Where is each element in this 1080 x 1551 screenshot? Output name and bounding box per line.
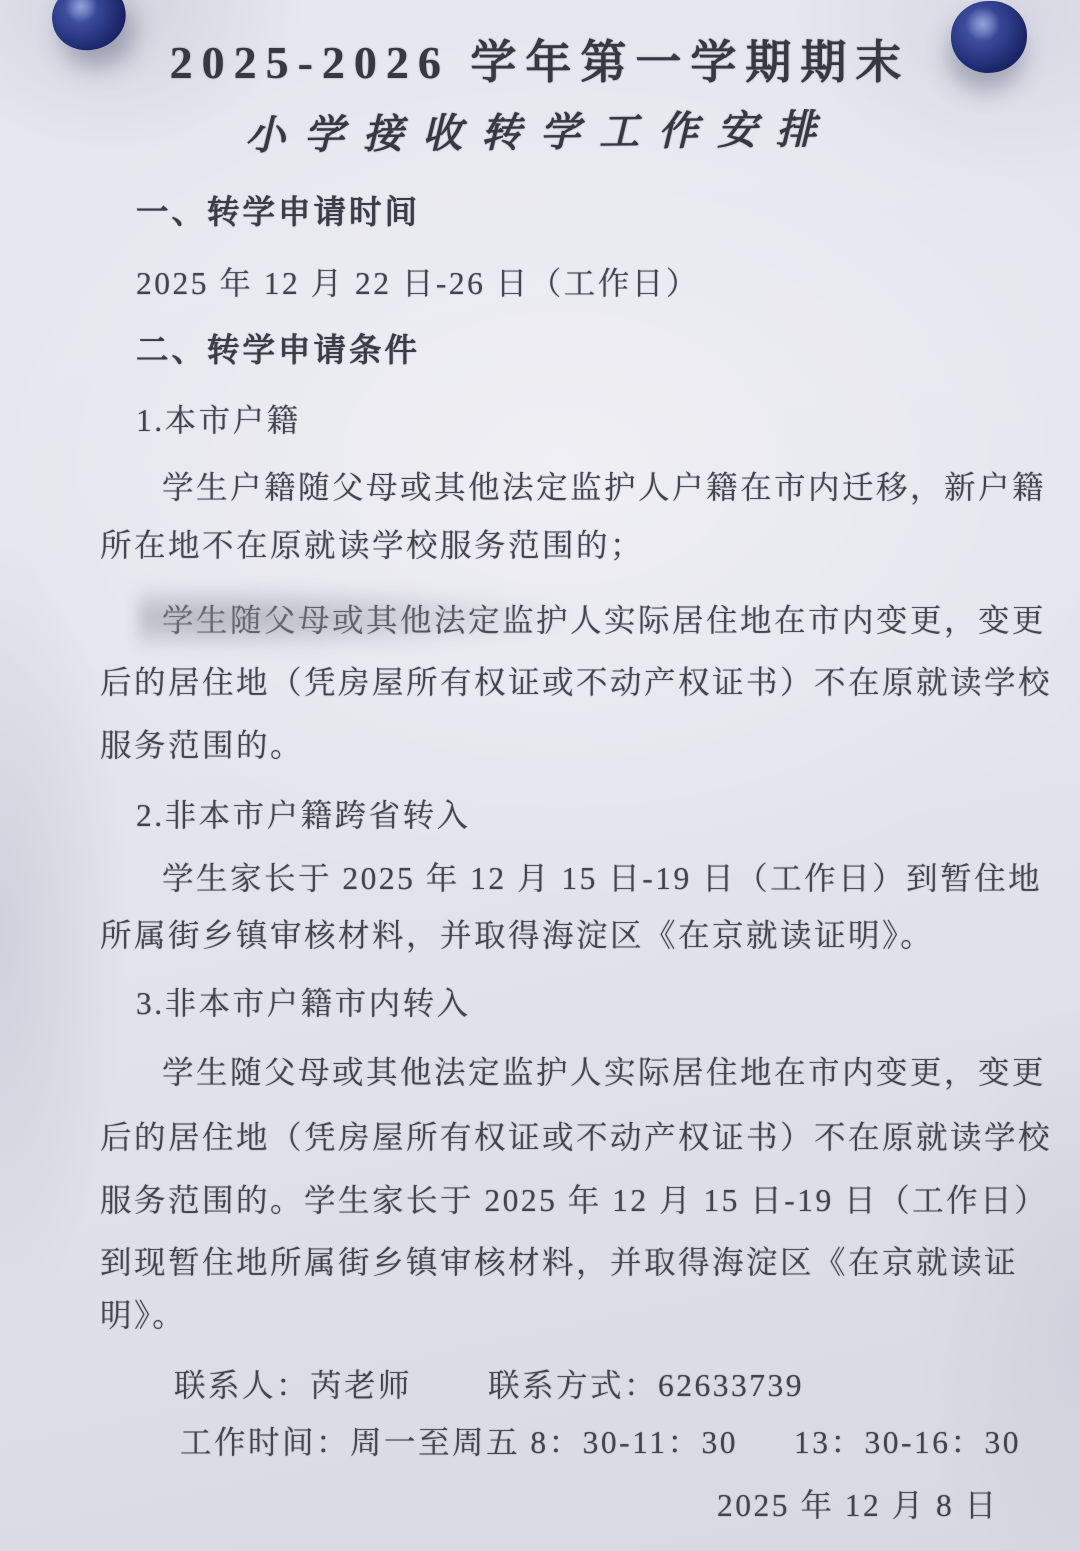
condition-item3-line: 明》。 [100,1284,186,1347]
condition-item1-heading: 1.本市户籍 [136,389,301,452]
condition-item3-line: 到现暂住地所属街乡镇审核材料，并取得海淀区《在京就读证 [100,1231,1018,1294]
condition-item1-line: 学生户籍随父母或其他法定监护人户籍在市内迁移，新户籍 [162,456,1046,519]
condition-item1-line: 后的居住地（凭房屋所有权证或不动产权证书）不在原就读学校 [100,651,1052,714]
work-hours-morning: 工作时间：周一至周五 8：30-11：30 [180,1425,738,1460]
condition-item3-heading: 3.非本市户籍市内转入 [136,972,471,1035]
contact-person: 联系人：芮老师 [174,1368,412,1403]
condition-item2-heading: 2.非本市户籍跨省转入 [136,784,471,847]
condition-item3-line: 服务范围的。学生家长于 2025 年 12 月 15 日-19 日（工作日） [100,1169,1048,1232]
condition-item2-line: 学生家长于 2025 年 12 月 15 日-19 日（工作日）到暂住地 [162,847,1042,910]
condition-item1-line: 所在地不在原就读学校服务范围的； [100,514,644,577]
pushpin-top-right-icon [951,1,1027,73]
condition-item1-line: 服务范围的。 [100,714,304,777]
condition-item3-line: 学生随父母或其他法定监护人实际居住地在市内变更，变更 [162,1041,1046,1104]
work-hours-afternoon: 13：30-16：30 [794,1425,1021,1460]
contact-method: 联系方式：62633739 [488,1368,804,1403]
section-time-heading: 一、转学申请时间 [136,181,420,244]
condition-item2-line: 所属街乡镇审核材料，并取得海淀区《在京就读证明》。 [100,904,934,967]
contact-line: 联系人：芮老师联系方式：62633739 [174,1354,804,1417]
work-hours-line: 工作时间：周一至周五 8：30-11：3013：30-16：30 [180,1411,1021,1474]
section-conditions-heading: 二、转学申请条件 [136,319,420,382]
paper-document: 2025-2026 学年第一学期期末 小学接收转学工作安排 一、转学申请时间 2… [0,0,1080,1551]
notice-title-line1: 2025-2026 学年第一学期期末 [0,26,1080,92]
issue-date: 2025 年 12 月 8 日 [717,1474,999,1537]
condition-item1-line: 学生随父母或其他法定监护人实际居住地在市内变更，变更 [162,589,1046,652]
notice-title-line2: 小学接收转学工作安排 [0,95,1080,163]
notice-photo: 2025-2026 学年第一学期期末 小学接收转学工作安排 一、转学申请时间 2… [0,0,1080,1551]
application-date-range: 2025 年 12 月 22 日-26 日（工作日） [136,252,700,315]
condition-item3-line: 后的居住地（凭房屋所有权证或不动产权证书）不在原就读学校 [100,1106,1052,1169]
